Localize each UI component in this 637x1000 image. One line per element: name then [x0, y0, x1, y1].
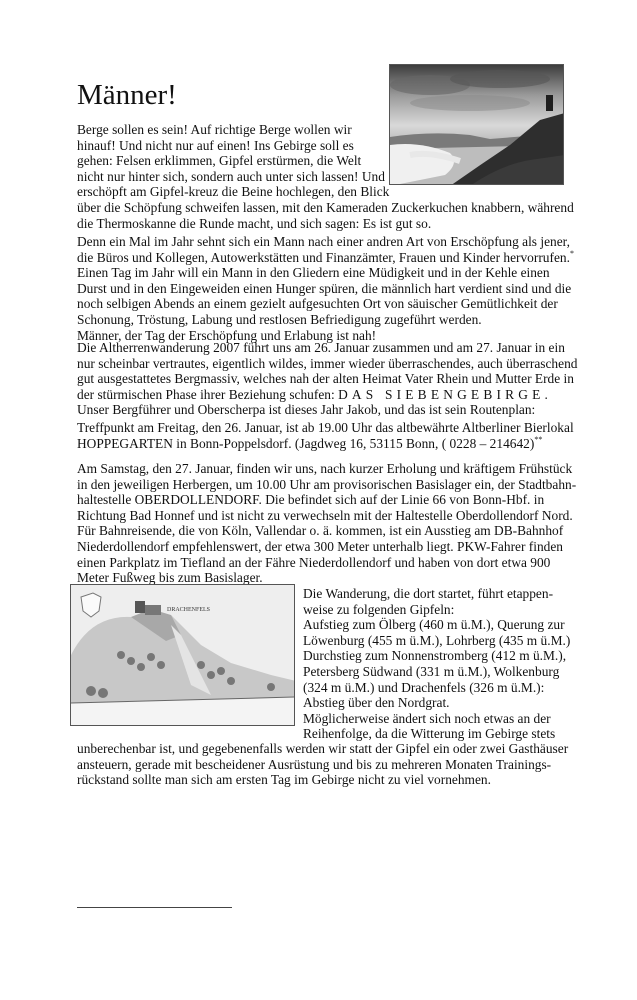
- page-title: Männer!: [77, 78, 177, 112]
- text-line: Durchstieg zum Nonnenstromberg (412 m ü.…: [303, 648, 588, 664]
- hike-intro-paragraph: Die Altherrenwanderung 2007 führt uns am…: [77, 340, 582, 418]
- text-line: Petersberg Südwand (331 m ü.M.), Wolkenb…: [303, 664, 588, 680]
- text-line: HOPPEGARTEN in Bonn-Poppelsdorf. (Jagdwe…: [77, 436, 534, 451]
- text-line: haltestelle OBERDOLLENDORF. Die befindet…: [77, 492, 582, 508]
- engraving-illustration-icon: DRACHENFELS: [71, 585, 295, 726]
- text-line: Niederdollendorf empfehlenswert, der etw…: [77, 539, 582, 555]
- text-line: Schonung, Tröstung, Labung und restlosen…: [77, 312, 582, 328]
- text-line: Unser Bergführer und Oberscherpa ist die…: [77, 402, 582, 418]
- text-line: der stürmischen Phase ihrer Beziehung sc…: [77, 387, 335, 402]
- text-line: nur scheinbar vertrautes, eigentlich wil…: [77, 356, 582, 372]
- text-line: nicht nur hinter sich, sondern auch unte…: [77, 169, 582, 185]
- footnote-marker: *: [570, 249, 574, 258]
- text-line: noch selbigen Abends an einem gezielt au…: [77, 296, 582, 312]
- text-line: gehen: Felsen erklimmen, Gipfel erstürme…: [77, 153, 582, 169]
- exhaustion-paragraph: Denn ein Mal im Jahr sehnt sich ein Mann…: [77, 234, 582, 343]
- text-line: weise zu folgenden Gipfeln:: [303, 602, 588, 618]
- drachenfels-engraving: DRACHENFELS: [70, 584, 295, 726]
- route-paragraph-continued: unberechenbar ist, und gegebenenfalls we…: [77, 741, 582, 788]
- text-line: ansteuern, gerade mit bescheidener Ausrü…: [77, 757, 582, 773]
- route-paragraph: Die Wanderung, die dort startet, führt e…: [303, 586, 588, 742]
- text-line: rückstand sollte man sich am ersten Tag …: [77, 772, 582, 788]
- text-line: hinauf! Und nicht nur auf einen! Ins Geb…: [77, 138, 582, 154]
- text-line: in den jeweiligen Herbergen, um 10.00 Uh…: [77, 477, 582, 493]
- text-line: die Büros und Kollegen, Autowerkstätten …: [77, 250, 570, 265]
- text-line: Einen Tag im Jahr will ein Mann in den G…: [77, 265, 582, 281]
- meeting-point-paragraph: Treffpunkt am Freitag, den 26. Januar, i…: [77, 420, 582, 451]
- text-line: Die Altherrenwanderung 2007 führt uns am…: [77, 340, 582, 356]
- saturday-paragraph: Am Samstag, den 27. Januar, finden wir u…: [77, 461, 582, 586]
- text-line: (324 m ü.M.) und Drachenfels (326 m ü.M.…: [303, 680, 588, 696]
- text-line: Möglicherweise ändert sich noch etwas an…: [303, 711, 588, 727]
- text-line: Reihenfolge, da die Witterung im Gebirge…: [303, 726, 588, 742]
- text-line: Denn ein Mal im Jahr sehnt sich ein Mann…: [77, 234, 582, 250]
- text-line: unberechenbar ist, und gegebenenfalls we…: [77, 741, 582, 757]
- text-line: über die Schöpfung schweifen lassen, mit…: [77, 200, 582, 216]
- text-line: erschöpft am Gipfel-kreuz die Beine hoch…: [77, 184, 582, 200]
- text-line: Am Samstag, den 27. Januar, finden wir u…: [77, 461, 582, 477]
- text-line: Die Wanderung, die dort startet, führt e…: [303, 586, 588, 602]
- footnote-separator: [77, 907, 232, 908]
- footnote-marker: **: [534, 435, 542, 444]
- intro-paragraph: Berge sollen es sein! Auf richtige Berge…: [77, 122, 582, 231]
- text-line: Abstieg über den Nordgrat.: [303, 695, 588, 711]
- text-line: gut ausgestattetes Bergmassiv, welches n…: [77, 371, 582, 387]
- text-line: Treffpunkt am Freitag, den 26. Januar, i…: [77, 420, 582, 436]
- text-line: Berge sollen es sein! Auf richtige Berge…: [77, 122, 582, 138]
- engraving-caption: DRACHENFELS: [167, 607, 210, 613]
- text-line: Aufstieg zum Ölberg (460 m ü.M.), Querun…: [303, 617, 588, 633]
- siebengebirge-highlight: DAS SIEBENGEBIRGE.: [338, 387, 552, 402]
- text-line: Durst und in den Eingeweiden einen Hunge…: [77, 281, 582, 297]
- text-line: Löwenburg (455 m ü.M.), Lohrberg (435 m …: [303, 633, 588, 649]
- text-line: Für Bahnreisende, die von Köln, Vallenda…: [77, 523, 582, 539]
- text-line: die Thermoskanne die Runde macht, und si…: [77, 216, 582, 232]
- text-line: Richtung Bad Honnef und ist nicht zu ver…: [77, 508, 582, 524]
- text-line: einen Parkplatz im Tiefland an der Fähre…: [77, 555, 582, 571]
